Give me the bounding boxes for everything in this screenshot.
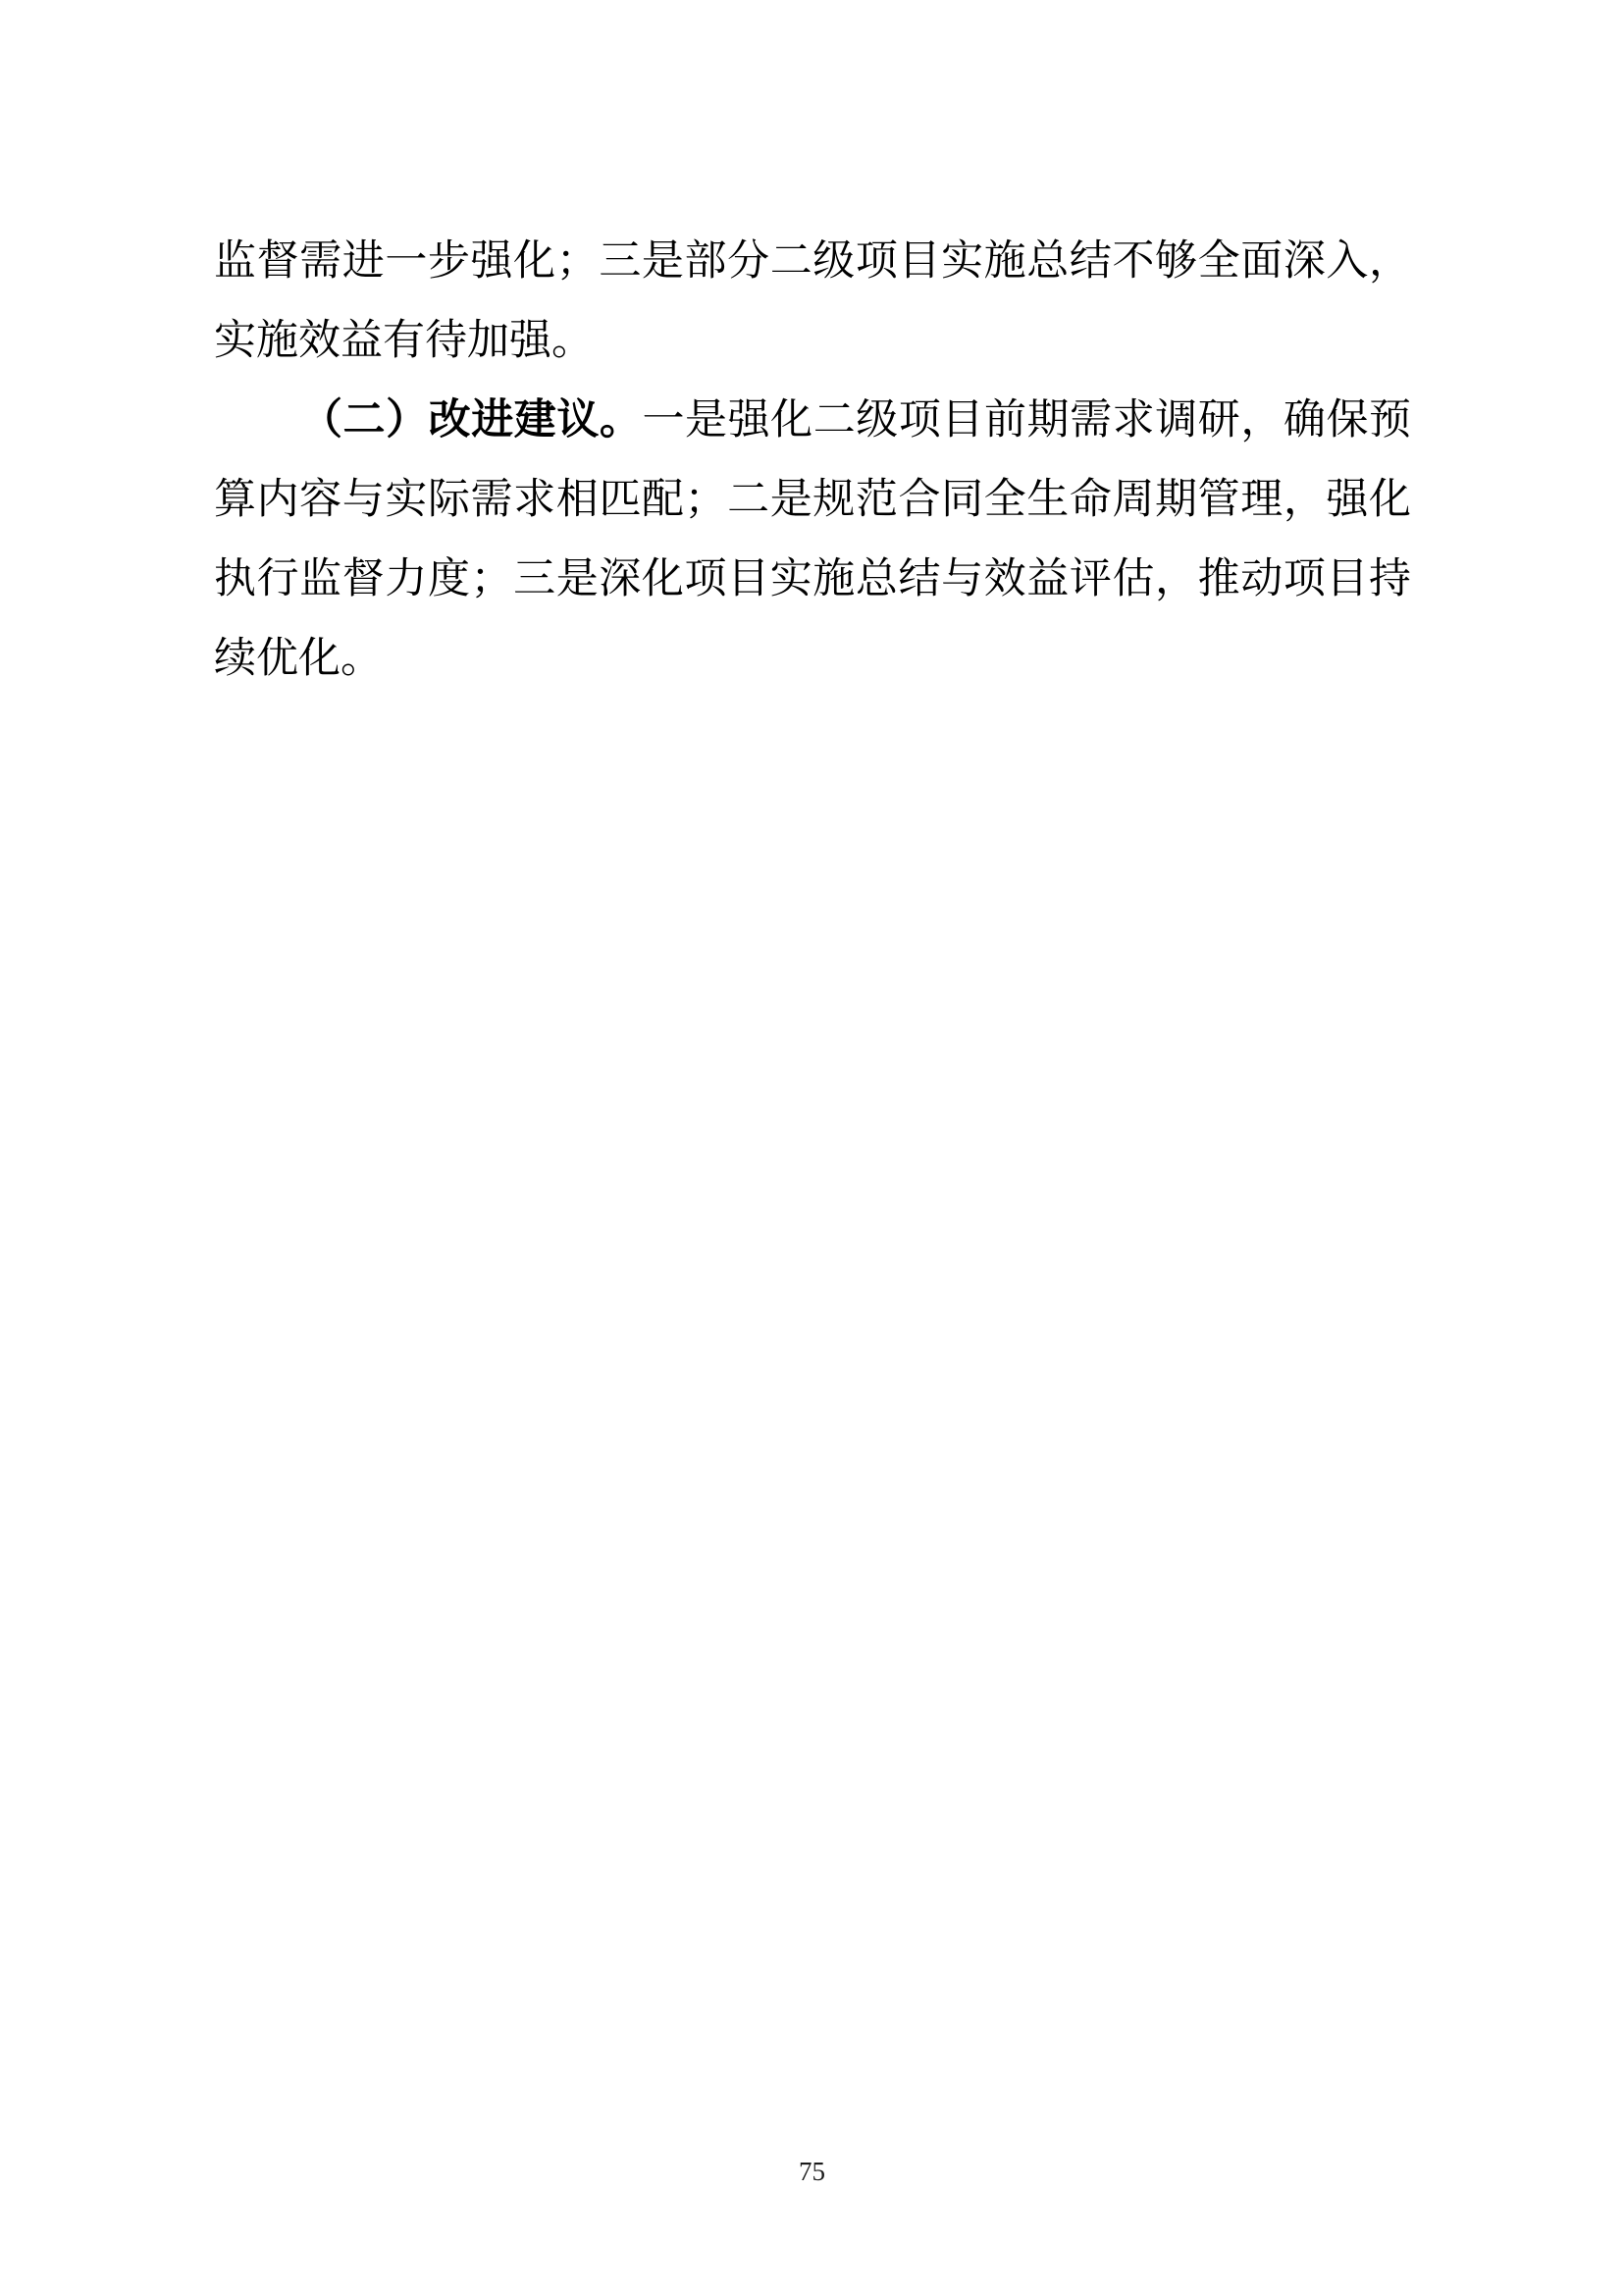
text-line: 续优化。 [214,619,1411,699]
body-text-run: 执行监督力度；三是深化项目实施总结与效益评估，推动项目持 [214,556,1411,602]
body-text-run: 算内容与实际需求相匹配；二是规范合同全生命周期管理，强化 [214,477,1411,523]
page-footer: 75 [0,2155,1624,2188]
body-text-run: 监督需进一步强化；三是部分二级项目实施总结不够全面深入， [214,238,1411,285]
page-number: 75 [799,2155,825,2188]
text-line: 执行监督力度；三是深化项目实施总结与效益评估，推动项目持 [214,540,1411,619]
document-page: 监督需进一步强化；三是部分二级项目实施总结不够全面深入， 实施效益有待加强。 （… [0,0,1624,2295]
body-text-run: 实施效益有待加强。 [214,318,594,364]
text-line: 算内容与实际需求相匹配；二是规范合同全生命周期管理，强化 [214,460,1411,540]
body-text-run: 一是强化二级项目前期需求调研，确保预 [642,397,1411,443]
text-block: 监督需进一步强化；三是部分二级项目实施总结不够全面深入， 实施效益有待加强。 （… [214,222,1411,699]
text-line: 实施效益有待加强。 [214,301,1411,381]
body-text-run: 续优化。 [214,636,383,682]
text-line: 监督需进一步强化；三是部分二级项目实施总结不够全面深入， [214,222,1411,301]
text-line: （二）改进建议。一是强化二级项目前期需求调研，确保预 [214,381,1411,460]
subheading-run: （二）改进建议。 [300,397,642,443]
